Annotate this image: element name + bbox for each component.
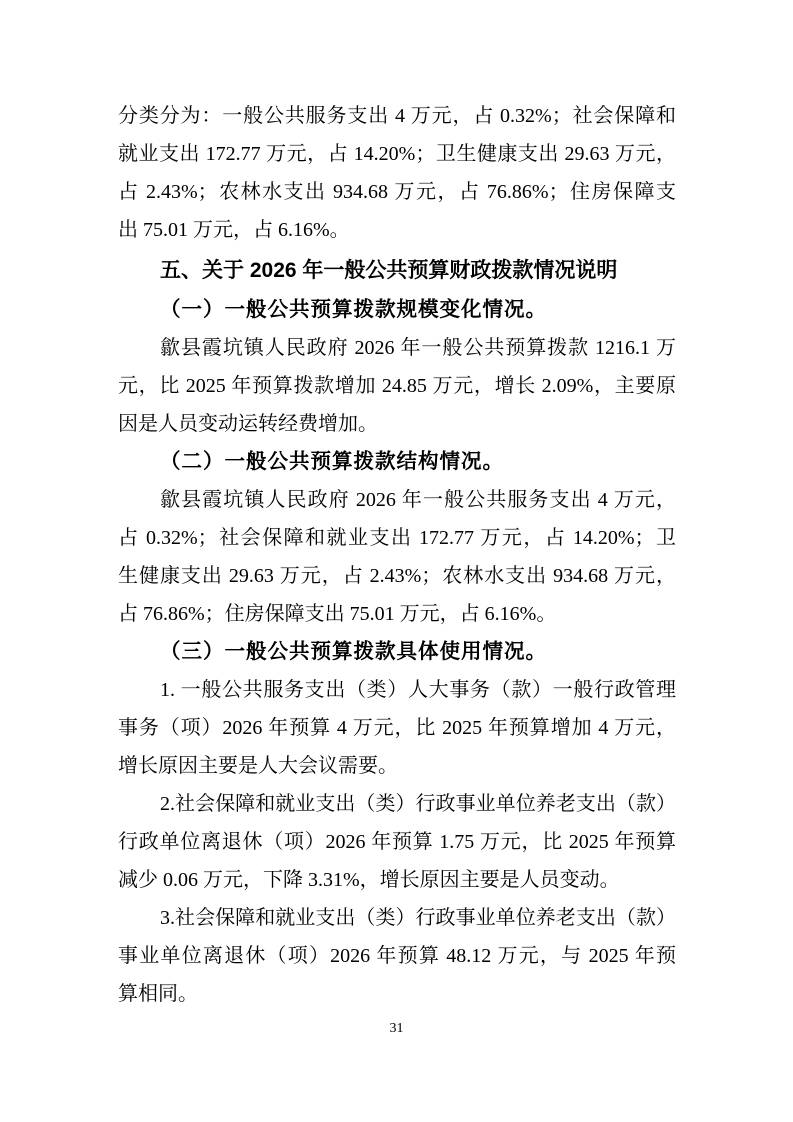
text-line: 占 0.32%；社会保障和就业支出 172.77 万元，占 14.20%；卫 <box>118 519 676 557</box>
text-line: 分类分为：一般公共服务支出 4 万元，占 0.32%；社会保障和 <box>118 97 676 135</box>
subsection-heading-3: （三）一般公共预算拨款具体使用情况。 <box>118 633 676 671</box>
page-number: 31 <box>0 1020 793 1038</box>
text-line: 歙县霞坑镇人民政府 2026 年一般公共预算拨款 1216.1 万 <box>118 329 676 367</box>
text-line: 歙县霞坑镇人民政府 2026 年一般公共服务支出 4 万元， <box>118 481 676 519</box>
text-line: 生健康支出 29.63 万元，占 2.43%；农林水支出 934.68 万元， <box>118 557 676 595</box>
text-line: 1. 一般公共服务支出（类）人大事务（款）一般行政管理 <box>118 671 676 709</box>
text-line: 占 2.43%；农林水支出 934.68 万元，占 76.86%；住房保障支 <box>118 173 676 211</box>
subsection-heading-2: （二）一般公共预算拨款结构情况。 <box>118 443 676 481</box>
text-line: 增长原因主要是人大会议需要。 <box>118 747 676 785</box>
text-line: 3.社会保障和就业支出（类）行政事业单位养老支出（款） <box>118 899 676 937</box>
text-line: 元，比 2025 年预算拨款增加 24.85 万元，增长 2.09%，主要原 <box>118 367 676 405</box>
text-line: 事业单位离退休（项）2026 年预算 48.12 万元，与 2025 年预 <box>118 937 676 975</box>
document-body: 分类分为：一般公共服务支出 4 万元，占 0.32%；社会保障和 就业支出 17… <box>118 97 676 1013</box>
text-line: 就业支出 172.77 万元，占 14.20%；卫生健康支出 29.63 万元， <box>118 135 676 173</box>
section-heading-5: 五、关于 2026 年一般公共预算财政拨款情况说明 <box>118 252 676 290</box>
text-line: 事务（项）2026 年预算 4 万元，比 2025 年预算增加 4 万元， <box>118 709 676 747</box>
document-page: 分类分为：一般公共服务支出 4 万元，占 0.32%；社会保障和 就业支出 17… <box>0 0 793 1122</box>
text-line: 行政单位离退休（项）2026 年预算 1.75 万元，比 2025 年预算 <box>118 823 676 861</box>
text-line: 2.社会保障和就业支出（类）行政事业单位养老支出（款） <box>118 785 676 823</box>
subsection-heading-1: （一）一般公共预算拨款规模变化情况。 <box>118 291 676 329</box>
text-line: 算相同。 <box>118 975 676 1013</box>
text-line: 因是人员变动运转经费增加。 <box>118 405 676 443</box>
text-line: 减少 0.06 万元，下降 3.31%，增长原因主要是人员变动。 <box>118 861 676 899</box>
text-line: 占 76.86%；住房保障支出 75.01 万元，占 6.16%。 <box>118 595 676 633</box>
text-line: 出 75.01 万元，占 6.16%。 <box>118 211 676 249</box>
